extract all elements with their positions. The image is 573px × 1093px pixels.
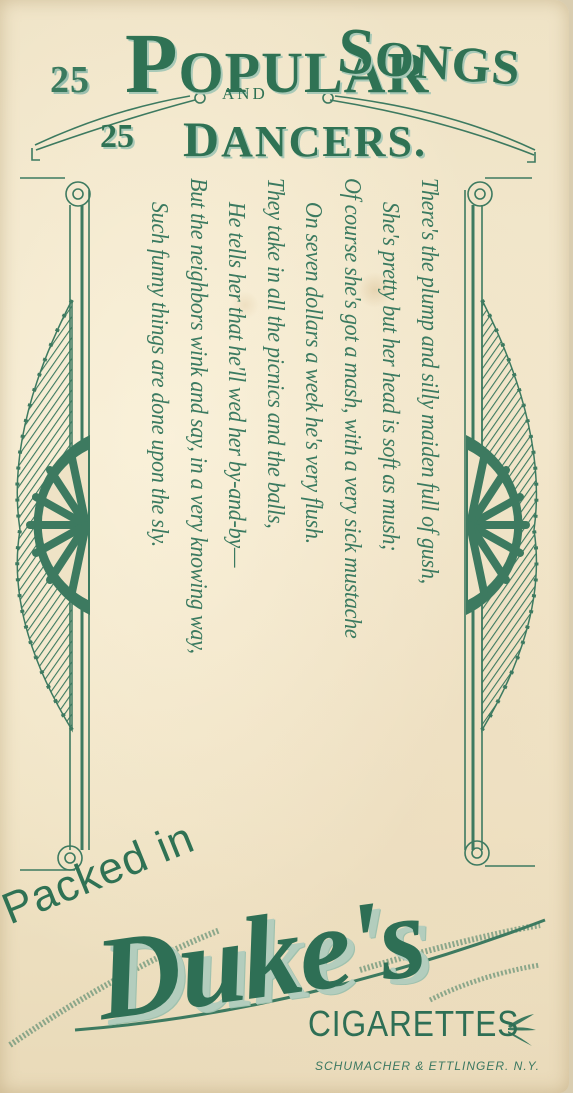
left-fan-ornament [17,300,90,730]
title-songs-initial: S [335,14,378,89]
title-songs-rest: ONGS [373,30,522,96]
lyric-line: He tells her that he'll wed her by-and-b… [217,178,256,822]
lyric-line: Such funny things are done upon the sly. [140,178,179,822]
title-songs: SONGS [335,18,523,97]
printer-credit: SCHUMACHER & ETTLINGER. N.Y. [315,1059,540,1073]
lyric-line: On seven dollars a week he's very flush. [294,178,333,822]
right-fan-ornament [466,300,536,730]
songs-count: 25 [50,58,90,102]
title-and: AND [222,84,268,104]
song-lyrics: There's the plump and silly maiden full … [108,178,448,822]
trading-card-back: 25 POPULAR SONGS AND 25 DANCERS. There's… [0,0,569,1093]
lyric-line: Of course she's got a mash, with a very … [333,178,372,822]
title-dancers-rest: ANCERS. [221,117,427,166]
lyric-line: She's pretty but her head is soft as mus… [371,178,410,822]
lyric-line: There's the plump and silly maiden full … [410,178,449,822]
lyric-line: But the neighbors wink and say, in a ver… [179,178,218,822]
lyric-line: They take in all the picnics and the bal… [256,178,295,822]
title-popular-initial: P [125,15,179,111]
product-label: CIGARETTES [308,1003,519,1045]
dancers-count: 25 [100,118,134,156]
title-dancers-initial: D [183,111,221,167]
lyrics-panel: There's the plump and silly maiden full … [108,178,448,878]
title-dancers: DANCERS. [183,110,427,168]
